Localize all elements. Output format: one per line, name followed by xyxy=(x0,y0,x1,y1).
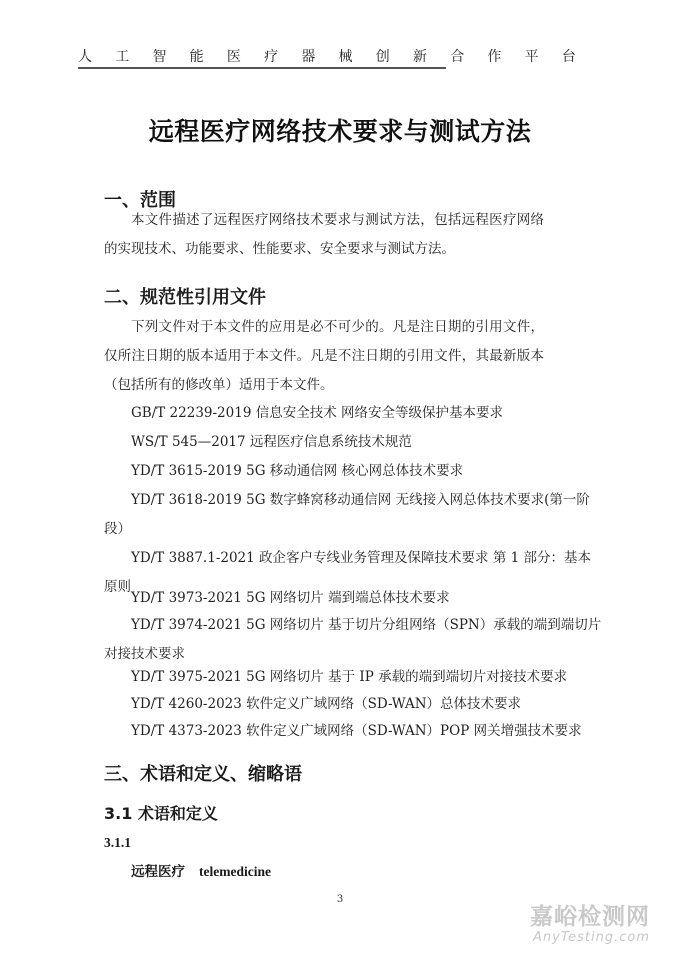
header-char: 作 xyxy=(487,46,501,68)
term-english: telemedicine xyxy=(199,864,271,879)
section-heading-references: 二、规范性引用文件 xyxy=(104,283,266,309)
reference-item: YD/T 3975-2021 5G 网络切片 基于 IP 承载的端到端切片对接技… xyxy=(104,663,544,692)
document-title: 远程医疗网络技术要求与测试方法 xyxy=(0,112,680,148)
term-chinese: 远程医疗 xyxy=(131,864,185,880)
header-char: 医 xyxy=(227,46,241,68)
scope-paragraph: 本文件描述了远程医疗网络技术要求与测试方法，包括远程医疗网络的实现技术、功能要求… xyxy=(104,206,544,264)
references-intro-paragraph: 下列文件对于本文件的应用是必不可少的。凡是注日期的引用文件，仅所注日期的版本适用… xyxy=(104,313,544,400)
watermark-en: AnyTesting.com xyxy=(533,930,670,945)
reference-item: YD/T 3618-2019 5G 数字蜂窝移动通信网 无线接入网总体技术要求(… xyxy=(104,486,544,544)
header-char: 人 xyxy=(78,46,92,68)
reference-item: YD/T 4373-2023 软件定义广域网络（SD-WAN）POP 网关增强技… xyxy=(104,717,544,746)
header-char: 智 xyxy=(152,46,166,68)
header-char: 工 xyxy=(115,46,129,68)
reference-item: YD/T 3615-2019 5G 移动通信网 核心网总体技术要求 xyxy=(104,457,544,486)
subsection-heading-terms-definitions: 3.1 术语和定义 xyxy=(104,801,218,824)
header-char: 平 xyxy=(525,46,539,68)
header-char: 合 xyxy=(450,46,464,68)
reference-item: GB/T 22239-2019 信息安全技术 网络安全等级保护基本要求 xyxy=(104,399,544,428)
section-heading-terms: 三、术语和定义、缩略语 xyxy=(104,760,302,786)
reference-item: WS/T 545—2017 远程医疗信息系统技术规范 xyxy=(104,428,544,457)
header-char: 疗 xyxy=(264,46,278,68)
running-header: 人 工 智 能 医 疗 器 械 创 新 合 作 平 台 xyxy=(78,46,576,68)
header-rule xyxy=(78,67,446,69)
term-entry: 远程医疗telemedicine xyxy=(131,860,271,880)
header-char: 创 xyxy=(376,46,390,68)
watermark-logo: 嘉峪检测网 AnyTesting.com xyxy=(530,904,670,945)
reference-item: YD/T 4260-2023 软件定义广域网络（SD-WAN）总体技术要求 xyxy=(104,690,544,719)
header-char: 械 xyxy=(339,46,353,68)
header-char: 器 xyxy=(301,46,315,68)
reference-item: YD/T 3974-2021 5G 网络切片 基于切片分组网络（SPN）承载的端… xyxy=(104,611,544,669)
term-number: 3.1.1 xyxy=(104,835,131,851)
header-char: 能 xyxy=(190,46,204,68)
header-char: 新 xyxy=(413,46,427,68)
watermark-cn: 嘉峪检测网 xyxy=(530,904,670,930)
header-char: 台 xyxy=(562,46,576,68)
reference-item: YD/T 3973-2021 5G 网络切片 端到端总体技术要求 xyxy=(104,584,544,613)
